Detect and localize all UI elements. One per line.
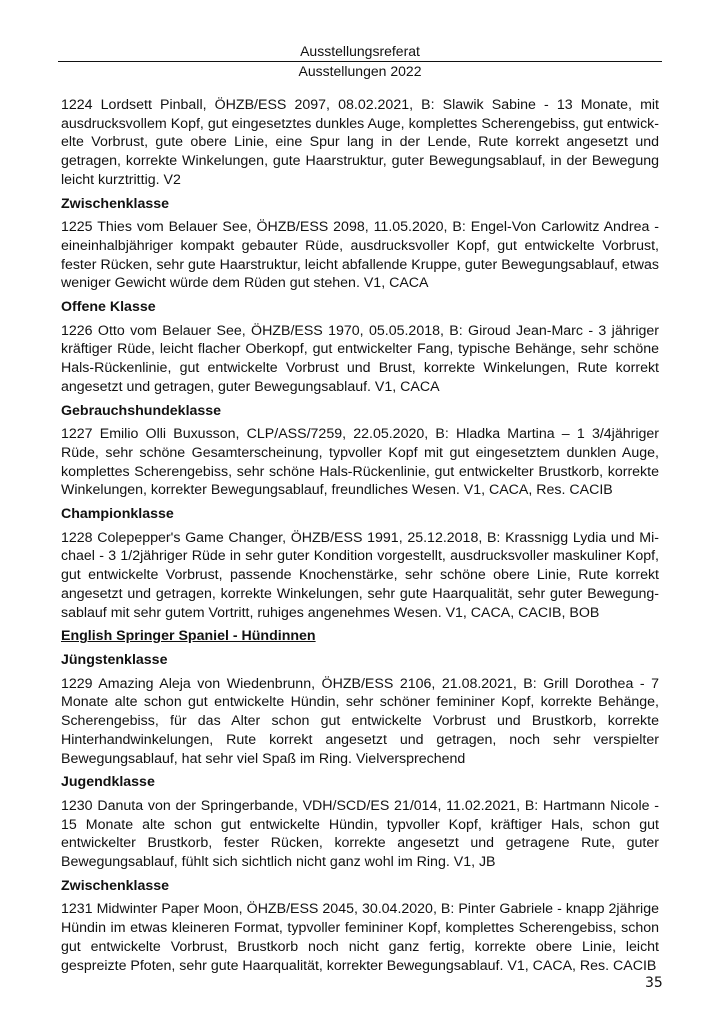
judging-entry: 1225 Thies vom Belauer See, ÖHZB/ESS 209…	[61, 218, 659, 293]
class-heading: Championklasse	[61, 505, 659, 524]
judging-entry: 1226 Otto vom Belauer See, ÖHZB/ESS 1970…	[61, 322, 659, 397]
judging-entry: 1231 Midwinter Paper Moon, ÖHZB/ESS 2045…	[61, 900, 659, 975]
class-heading: Jüngstenklasse	[61, 651, 659, 670]
class-heading: Offene Klasse	[61, 298, 659, 317]
judging-entry: 1230 Danuta von der Springerbande, VDH/S…	[61, 797, 659, 872]
class-heading: Jugendklasse	[61, 773, 659, 792]
class-heading: Gebrauchshundeklasse	[61, 402, 659, 421]
page-number: 35	[645, 975, 663, 991]
class-heading: Zwischenklasse	[61, 877, 659, 896]
header-rule	[58, 61, 662, 62]
header-title: Ausstellungsreferat	[58, 43, 662, 60]
header-subtitle: Ausstellungen 2022	[58, 63, 662, 80]
judging-entry: 1224 Lordsett Pinball, ÖHZB/ESS 2097, 08…	[61, 96, 659, 190]
page-header: Ausstellungsreferat Ausstellungen 2022	[58, 43, 662, 80]
judging-entry: 1229 Amazing Aleja von Wiedenbrunn, ÖHZB…	[61, 675, 659, 769]
breed-heading: English Springer Spaniel - Hündinnen	[61, 627, 659, 646]
class-heading: Zwischenklasse	[61, 195, 659, 214]
document-body: 1224 Lordsett Pinball, ÖHZB/ESS 2097, 08…	[61, 96, 659, 980]
judging-entry: 1228 Colepepper's Game Changer, ÖHZB/ESS…	[61, 529, 659, 623]
judging-entry: 1227 Emilio Olli Buxusson, CLP/ASS/7259,…	[61, 425, 659, 500]
